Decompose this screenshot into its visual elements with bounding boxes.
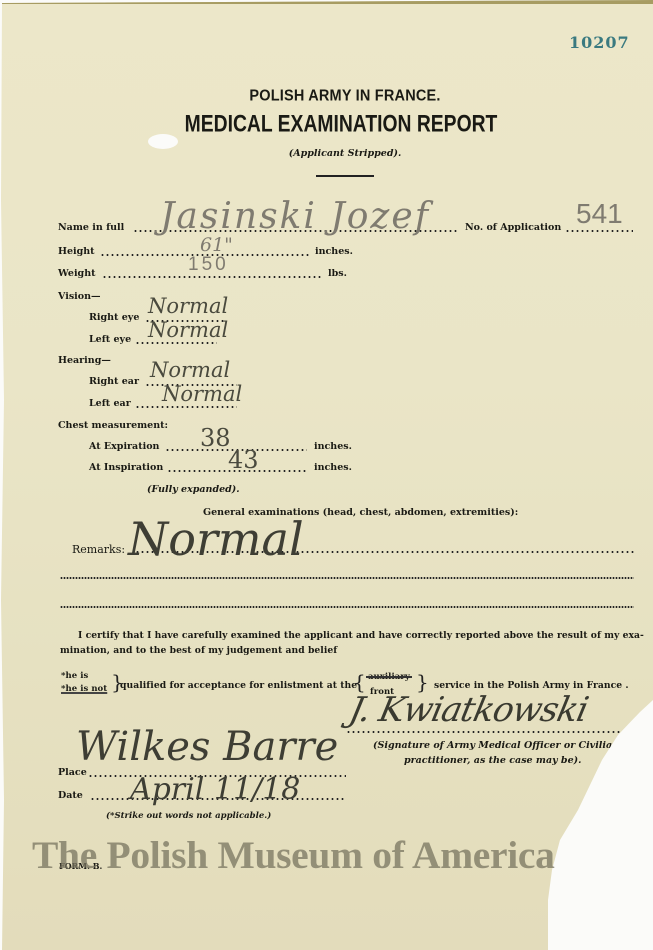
qualified-text: qualified for acceptance for enlistment … [120,680,357,691]
right-ear-label: Right ear [89,376,139,387]
right-ear-value: Normal [150,358,230,382]
left-ear-value: Normal [162,382,242,406]
left-ear-label: Left ear [89,398,131,409]
certification-line-2: mination, and to the best of my judgemen… [60,645,337,656]
remarks-value: Normal [128,512,304,566]
right-eye-label: Right eye [89,312,139,323]
document-title: MEDICAL EXAMINATION REPORT [55,109,628,137]
date-label: Date [58,790,83,801]
footnote: (*Strike out words not applicable.) [106,811,271,821]
vision-label: Vision— [58,291,101,302]
place-value: Wilkes Barre [76,724,338,770]
height-unit: inches. [315,246,353,257]
signature-caption-1: (Signature of Army Medical Officer or Ci… [373,740,619,751]
name-label: Name in full [58,222,124,233]
expiration-label: At Expiration [89,441,159,452]
right-eye-value: Normal [148,294,228,318]
weight-dotted-line [102,276,322,278]
document-page: 10207 POLISH ARMY IN FRANCE. MEDICAL EXA… [0,0,653,950]
expiration-unit: inches. [314,441,352,452]
left-eye-dotted-line [135,342,217,344]
application-number-value: 541 [576,198,623,230]
brace-right-2: } [416,672,429,692]
left-ear-dotted-line [135,406,237,408]
weight-label: Weight [58,268,96,279]
application-number-label: No. of Application [465,222,561,233]
brace-left-2: { [353,672,366,692]
date-value: April 11/18 [130,772,300,807]
expiration-value: 38 [200,424,231,452]
place-label: Place [58,767,87,778]
option-auxiliary: auxiliary [368,672,410,682]
fully-expanded-note: (Fully expanded). [147,484,240,495]
left-eye-label: Left eye [89,334,131,345]
inspiration-label: At Inspiration [89,462,163,473]
application-number-dotted-line [565,230,633,232]
remarks-dotted-line-3 [60,606,634,608]
remarks-dotted-line-2 [60,577,634,579]
height-value: 61" [200,234,233,256]
weight-unit: lbs. [328,268,347,279]
inspiration-unit: inches. [314,462,352,473]
inspiration-value: 43 [228,446,259,474]
name-value: Jasinski Jozef [160,196,430,237]
chest-measurement-label: Chest measurement: [58,420,168,431]
option-he-is: *he is [61,671,88,681]
left-eye-value: Normal [148,318,228,342]
signature-dotted-line [346,731,633,733]
watermark: The Polish Museum of America [32,832,555,878]
height-label: Height [58,246,95,257]
certification-line-1: I certify that I have carefully examined… [78,630,644,641]
serial-number: 10207 [569,33,630,52]
signature-value: J. Kwiatkowski [346,690,592,730]
remarks-label: Remarks: [72,543,125,556]
hearing-label: Hearing— [58,355,111,366]
document-subtitle: (Applicant Stripped). [0,148,653,159]
weight-value: 150 [188,254,229,276]
signature-caption-2: practitioner, as the case may be). [404,755,581,766]
header-organization: POLISH ARMY IN FRANCE. [0,87,653,105]
header-rule [316,175,374,177]
option-he-is-not: *he is not [61,684,107,694]
